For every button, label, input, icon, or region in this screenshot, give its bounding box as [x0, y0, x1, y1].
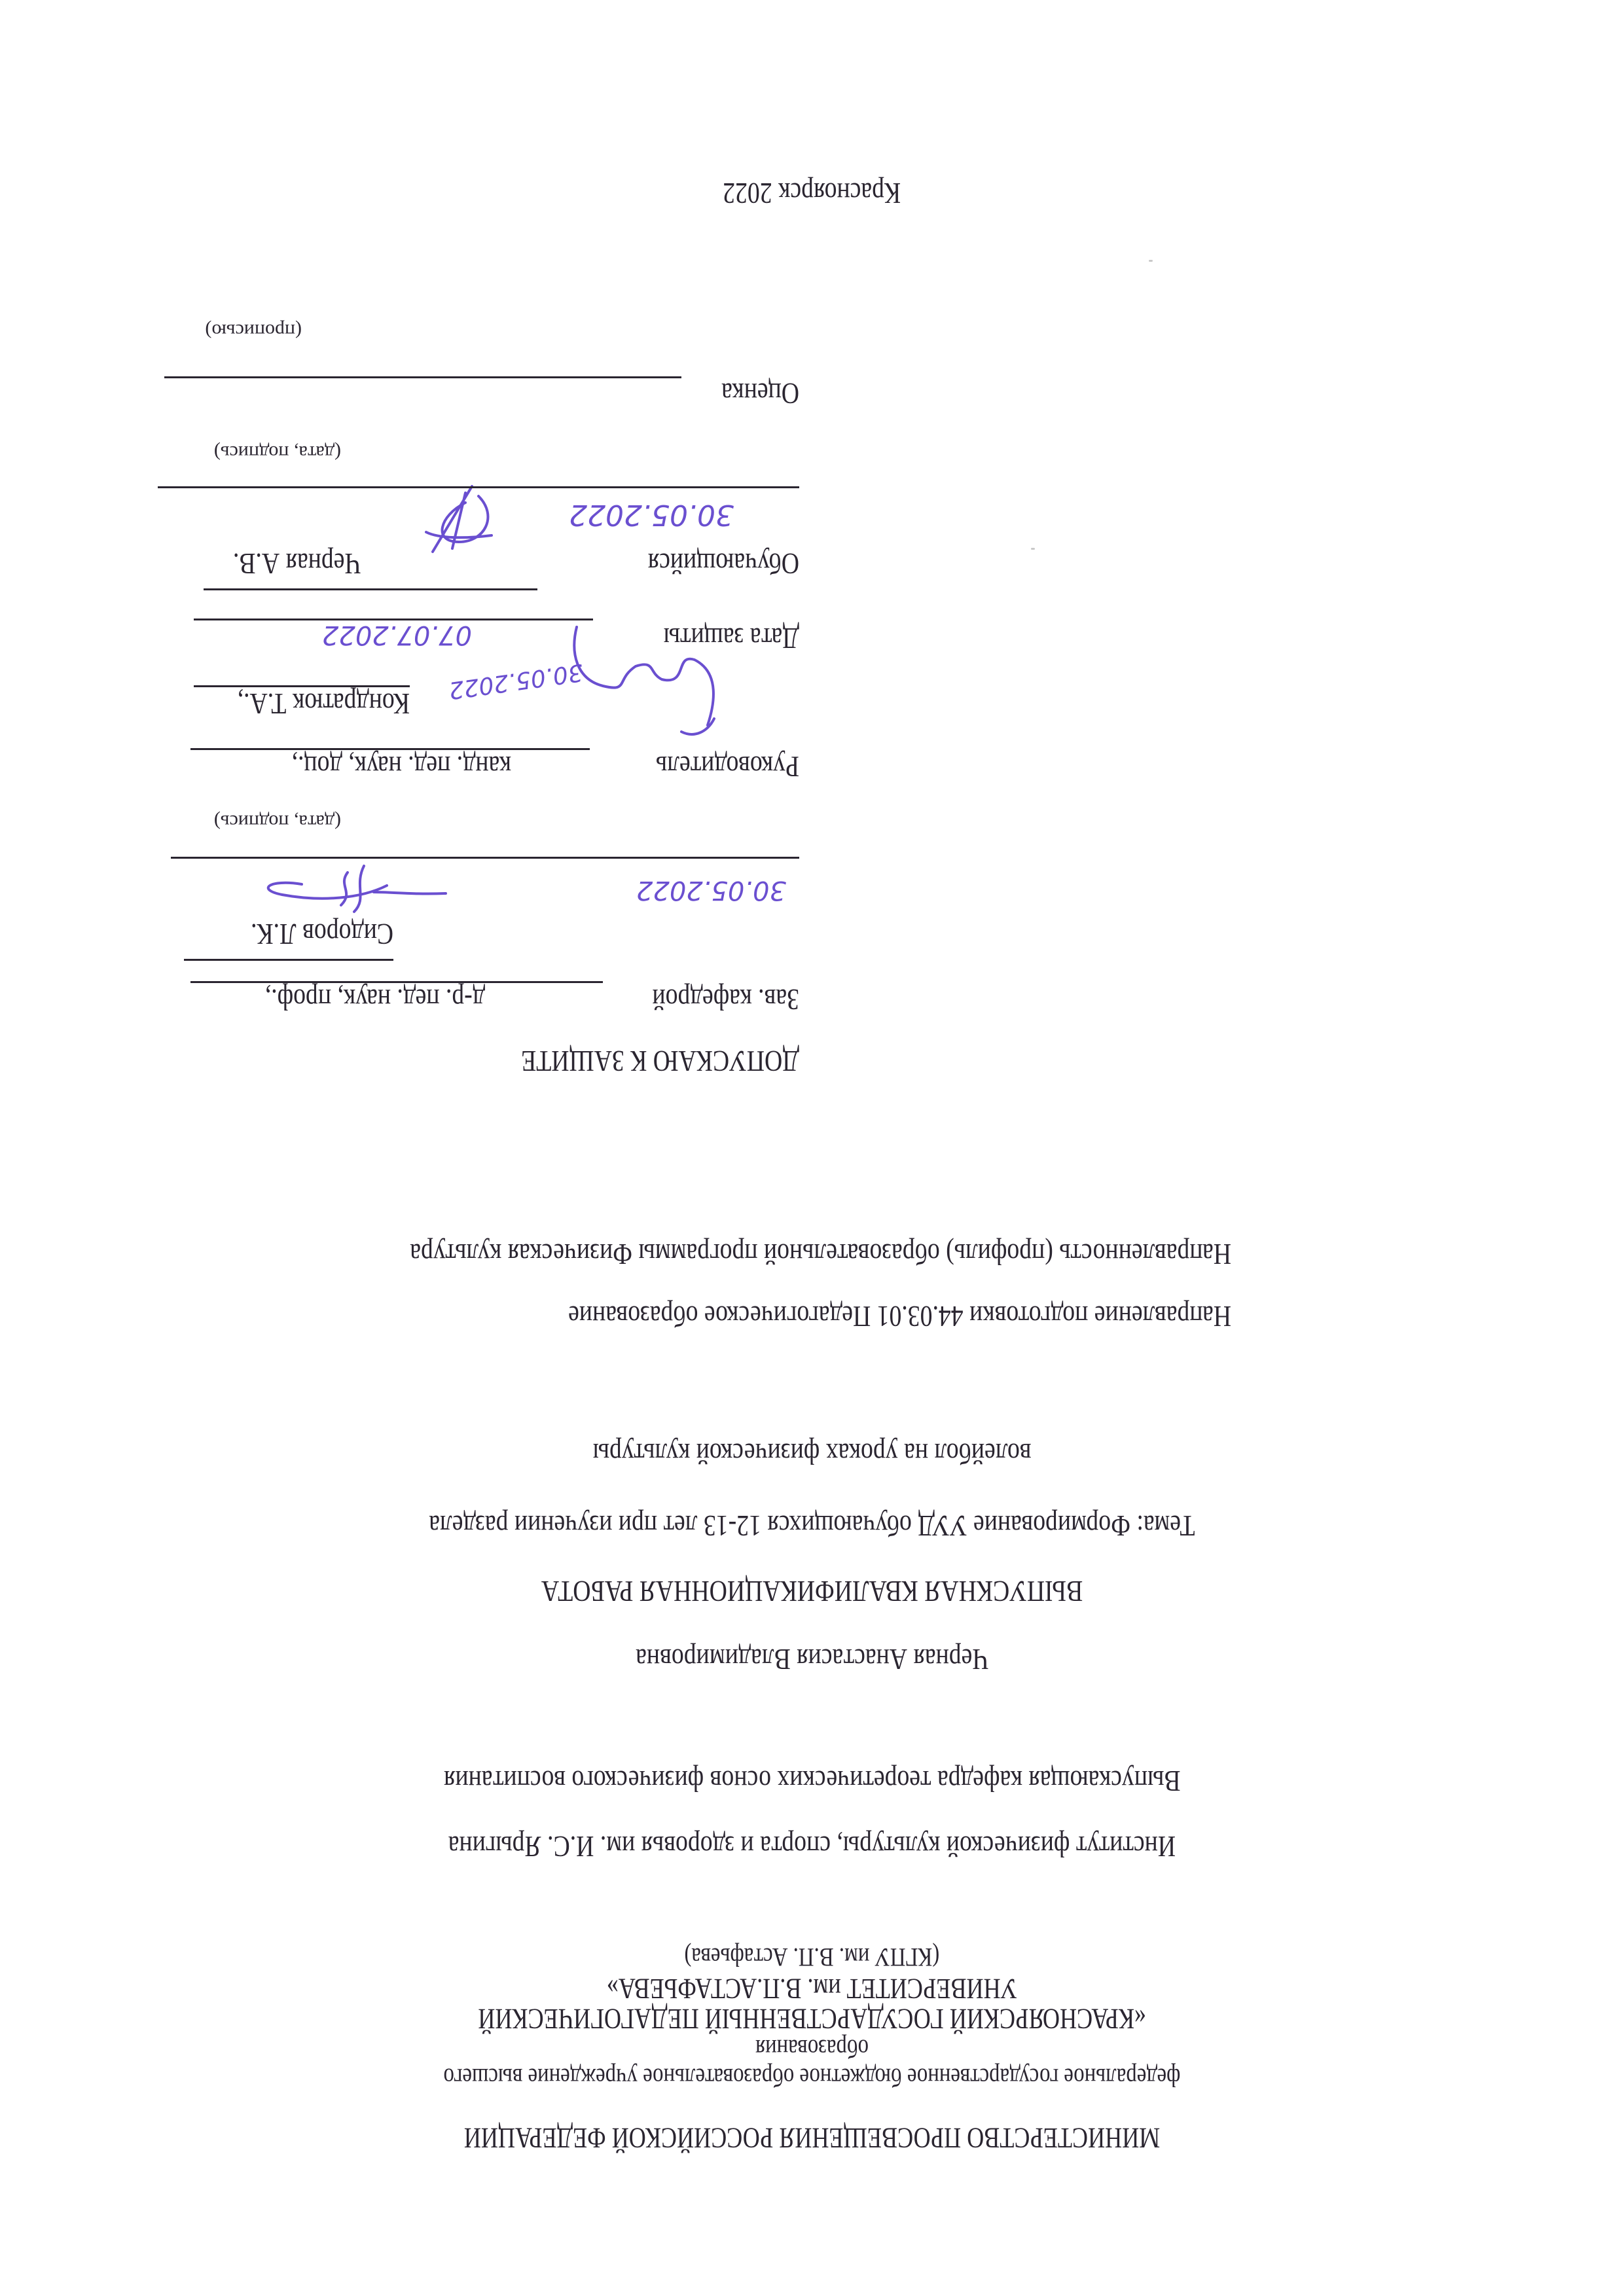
- institute-name: Институт физической культуры, спорта и з…: [0, 1831, 1624, 1861]
- student-name: Черная А.В.: [205, 548, 361, 579]
- ministry-title: МИНИСТЕРСТВО ПРОСВЕЩЕНИЯ РОССИЙСКОЙ ФЕДЕ…: [0, 2123, 1624, 2152]
- supervisor-degree-underline: [190, 748, 590, 750]
- department-name: Выпускающая кафедра теоретических основ …: [0, 1766, 1624, 1796]
- program-profile: Направленность (профиль) образовательной…: [230, 1239, 1231, 1269]
- scan-artifact: [1149, 260, 1153, 262]
- supervisor-name: Кондратюк Т.А.,: [200, 689, 410, 719]
- university-abbreviation: (КГПУ им. В.П. Астафьева): [0, 1944, 1624, 1970]
- defense-date-value: 07.07.2022: [322, 622, 472, 648]
- student-signature-line: [158, 486, 799, 488]
- topic-line1: Тема: Формирование УУД обучающихся 12-13…: [0, 1511, 1624, 1541]
- grade-label: Оценка: [704, 378, 799, 408]
- student-signature-caption: (дата, подпись): [214, 442, 341, 462]
- document-page: МИНИСТЕРСТВО ПРОСВЕЩЕНИЯ РОССИЙСКОЙ ФЕДЕ…: [0, 0, 1624, 2296]
- head-sign-date: 30.05.2022: [636, 877, 786, 903]
- supervisor-degree: канд. пед. наук, доц.,: [244, 751, 511, 781]
- student-signature-icon: [413, 483, 505, 555]
- institution-type-line2: образования: [0, 2036, 1624, 2062]
- defense-date-underline: [194, 619, 593, 620]
- head-of-department-label: Зав. кафедрой: [620, 984, 799, 1014]
- supervisor-name-underline: [194, 685, 410, 687]
- university-name-line2: УНИВЕРСИТЕТ им. В.П.АСТАФЬЕВА»: [0, 1974, 1624, 2003]
- grade-caption: (прописью): [205, 321, 302, 340]
- supervisor-label: Руководитель: [624, 751, 799, 781]
- author-name: Черная Анастасия Владимировна: [0, 1644, 1624, 1674]
- student-label: Обучающийся: [615, 548, 799, 579]
- scan-artifact: [1031, 548, 1035, 550]
- head-degree-underline: [190, 981, 603, 983]
- defense-date-label: Дата защиты: [634, 623, 799, 653]
- head-signature-caption: (дата, подпись): [214, 812, 341, 831]
- topic-line2: волейбол на уроках физической культуры: [0, 1439, 1624, 1469]
- program-direction: Направление подготовки 44.03.01 Педагоги…: [423, 1301, 1231, 1331]
- work-type-title: ВЫПУСКНАЯ КВАЛИФИКАЦИОННАЯ РАБОТА: [0, 1576, 1624, 1606]
- head-of-department-name: Сидоров Л.К.: [219, 919, 393, 949]
- head-of-department-degree: д-р. пед. наук, проф.,: [217, 984, 485, 1014]
- approval-heading: ДОПУСКАЮ К ЗАЩИТЕ: [460, 1046, 799, 1076]
- head-signature-icon: [243, 859, 452, 918]
- head-name-overline: [184, 959, 393, 961]
- student-sign-date: 30.05.2022: [569, 500, 734, 529]
- university-name-line1: «КРАСНОЯРСКИЙ ГОСУДАРСТВЕННЫЙ ПЕДАГОГИЧЕ…: [0, 2004, 1624, 2033]
- head-signature-line: [171, 857, 799, 859]
- grade-underline: [164, 376, 681, 378]
- city-year: Красноярск 2022: [0, 178, 1624, 208]
- institution-type-line1: федеральное государственное бюджетное об…: [0, 2064, 1624, 2090]
- student-name-overline: [204, 588, 537, 590]
